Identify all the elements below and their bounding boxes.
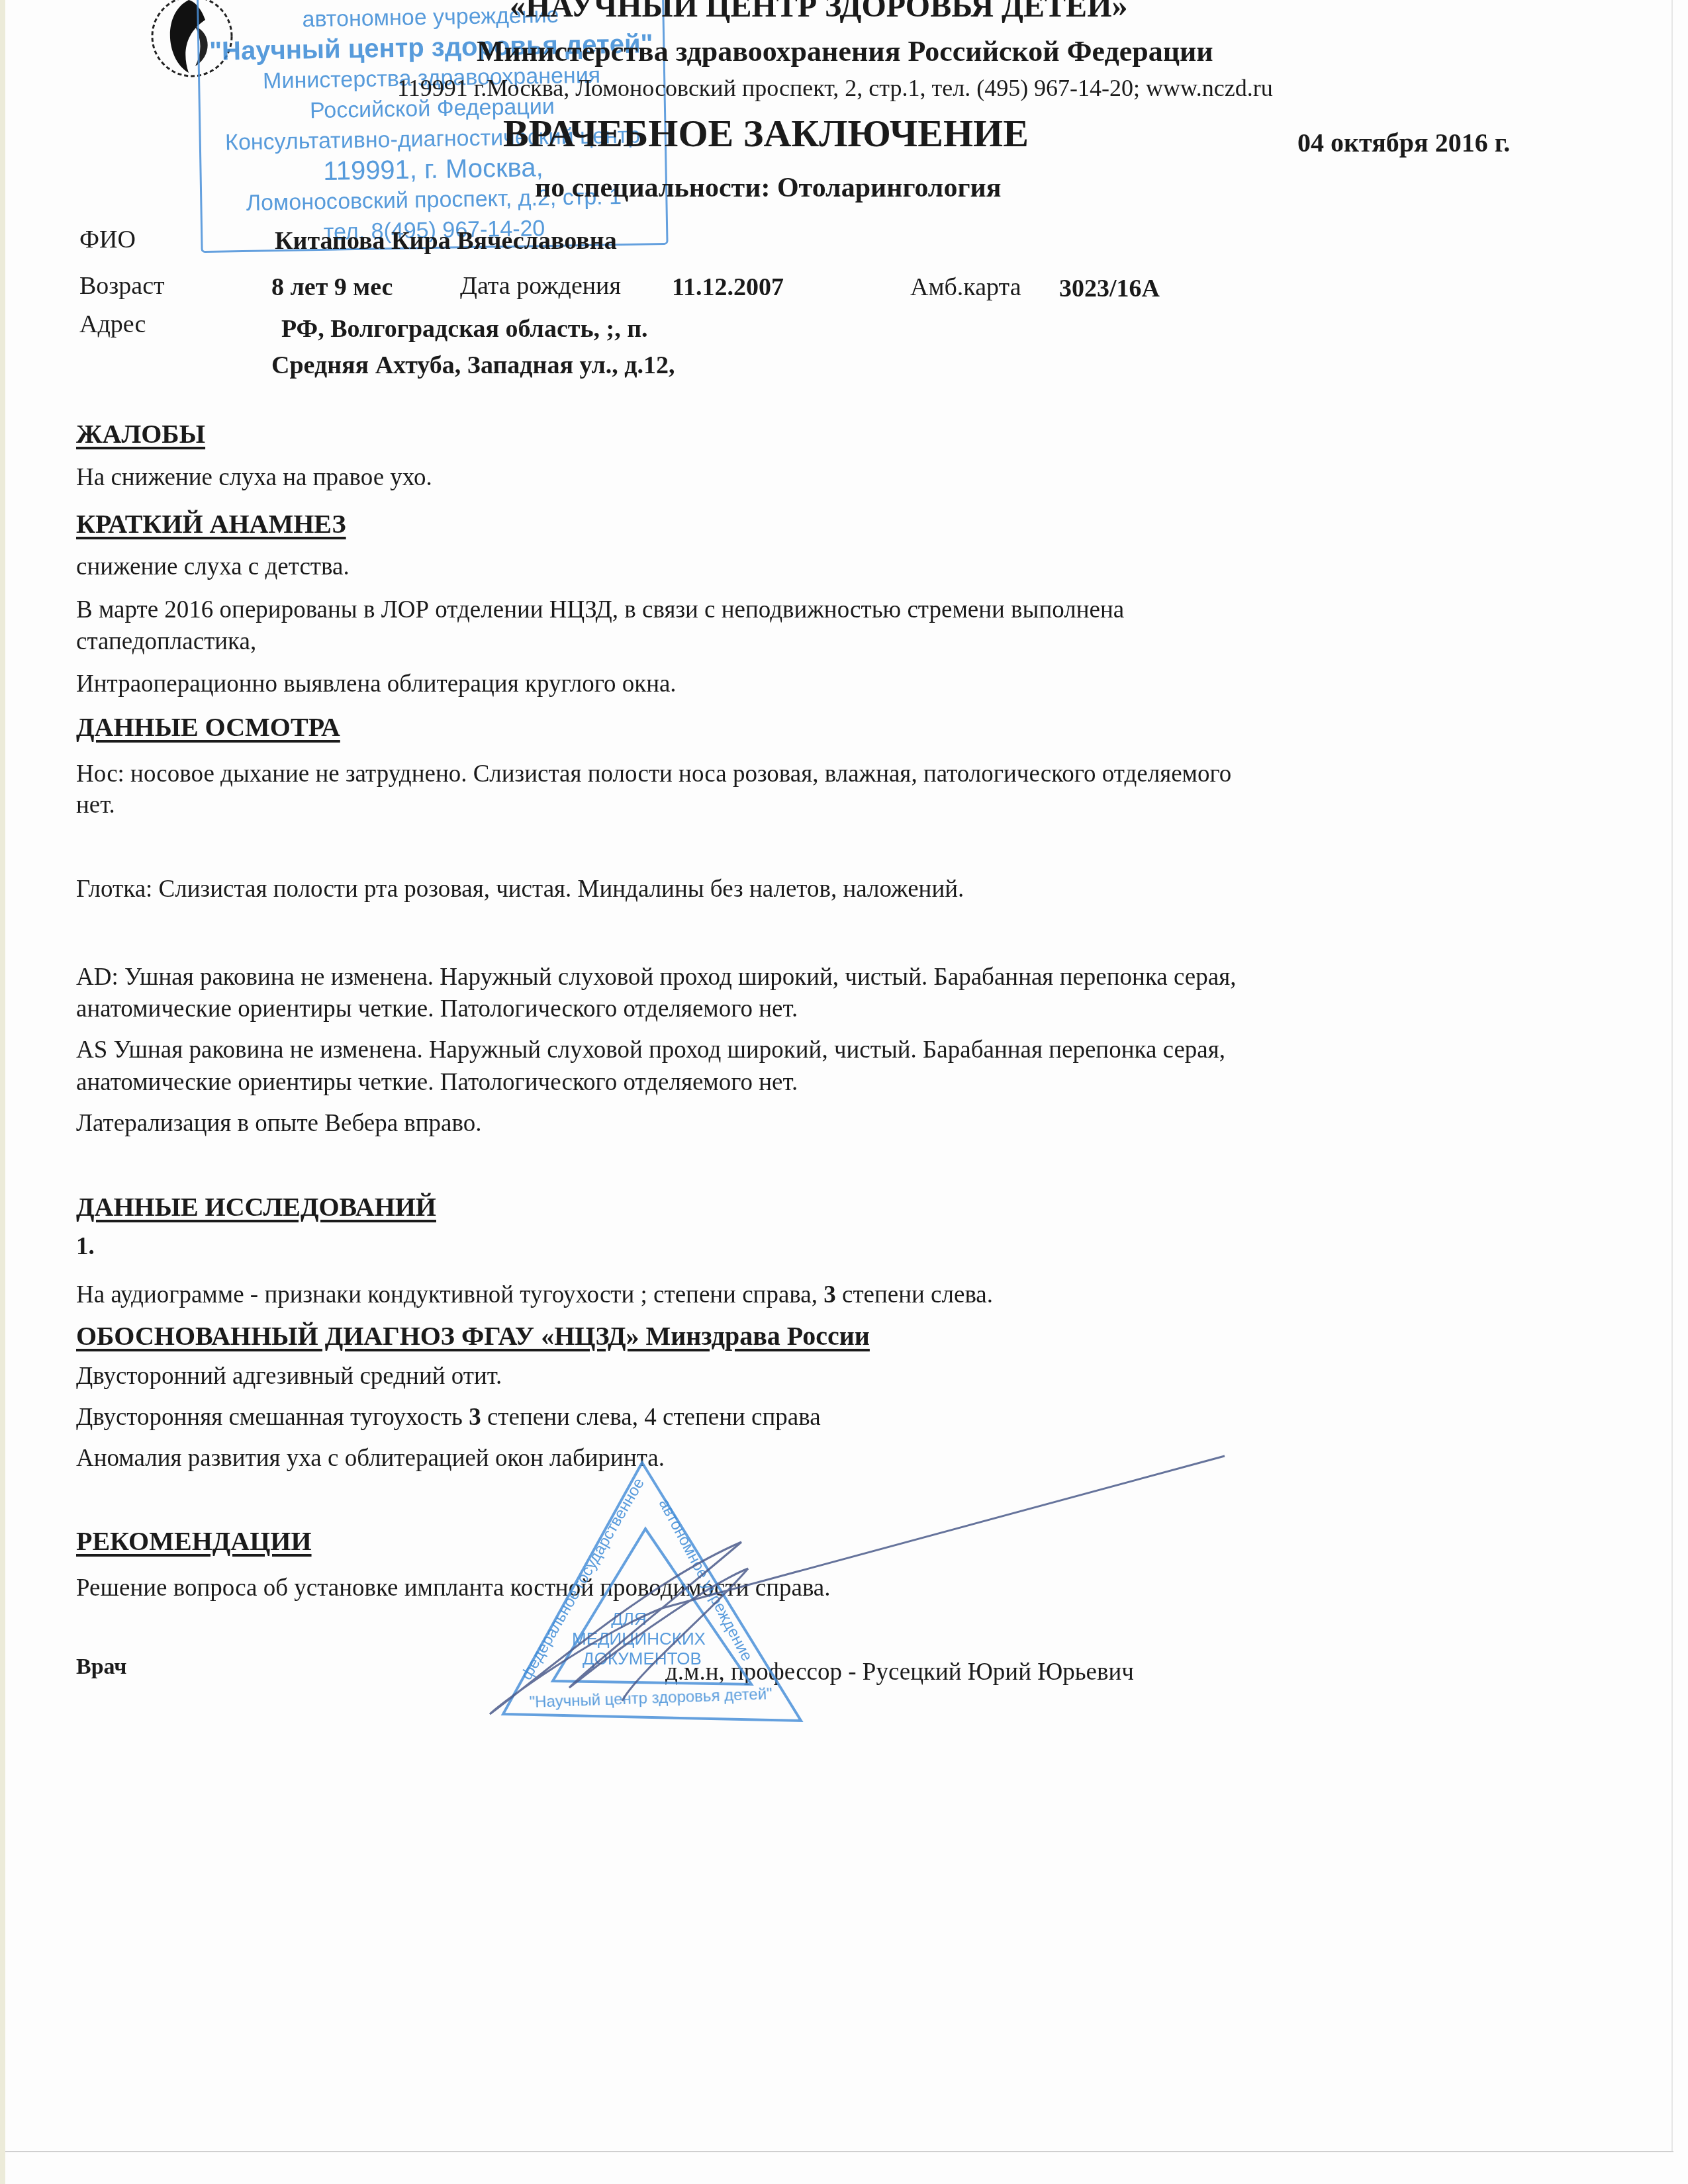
- section-heading-complaints: ЖАЛОБЫ: [76, 418, 205, 449]
- section-heading-diagnosis: ОБОСНОВАННЫЙ ДИАГНОЗ ФГАУ «НЦЗД» Минздра…: [76, 1320, 870, 1351]
- exam-line: анатомические ориентиры четкие. Патологи…: [76, 1068, 798, 1097]
- patient-age: 8 лет 9 мес: [271, 273, 393, 302]
- dob-label: Дата рождения: [460, 271, 621, 300]
- study-text: На аудиограмме - признаки кондуктивной т…: [76, 1281, 993, 1309]
- exam-line: Латерализация в опыте Вебера вправо.: [76, 1109, 482, 1138]
- patient-dob: 11.12.2007: [672, 273, 784, 302]
- study-number: 1.: [76, 1232, 95, 1261]
- exam-line: AS Ушная раковина не изменена. Наружный …: [76, 1036, 1225, 1064]
- study-degree: 3: [823, 1281, 836, 1308]
- card-label: Амб.карта: [910, 273, 1021, 302]
- exam-line: AD: Ушная раковина не изменена. Наружный…: [76, 963, 1236, 991]
- anamnesis-line: стапедопластика,: [76, 627, 256, 656]
- scan-edge-bottom: [5, 2151, 1673, 2152]
- address-label: Адрес: [79, 310, 146, 339]
- anamnesis-line: В марте 2016 оперированы в ЛОР отделении…: [76, 596, 1124, 624]
- exam-line: Нос: носовое дыхание не затруднено. Слиз…: [76, 760, 1231, 788]
- exam-line: Глотка: Слизистая полости рта розовая, ч…: [76, 875, 964, 903]
- age-label: Возраст: [79, 271, 165, 300]
- section-heading-recommendations: РЕКОМЕНДАЦИИ: [76, 1525, 312, 1557]
- org-address: 119991 г.Москва, Ломоносовский проспект,…: [397, 74, 1273, 102]
- section-heading-examination: ДАННЫЕ ОСМОТРА: [76, 711, 340, 743]
- section-heading-anamnesis: КРАТКИЙ АНАМНЕЗ: [76, 508, 346, 539]
- exam-line: анатомические ориентиры четкие. Патологи…: [76, 995, 798, 1023]
- exam-line: нет.: [76, 791, 115, 819]
- patient-name: Китапова Кира Вячеславовна: [275, 226, 617, 255]
- scan-edge-left: [0, 0, 5, 2184]
- patient-address-line1: РФ, Волгоградская область, ;, п.: [281, 314, 648, 343]
- section-heading-studies: ДАННЫЕ ИССЛЕДОВАНИЙ: [76, 1191, 436, 1222]
- diagnosis-line: Двусторонний адгезивный средний отит.: [76, 1362, 502, 1390]
- doctor-label: Врач: [76, 1655, 126, 1680]
- signature-icon: [463, 1410, 1456, 1727]
- document-date: 04 октября 2016 г.: [1297, 127, 1510, 158]
- study-text-part: На аудиограмме - признаки кондуктивной т…: [76, 1281, 823, 1308]
- diagnosis-text-part: Двусторонняя смешанная тугоухость: [76, 1404, 469, 1431]
- ministry-name: Министерства здравоохранения Российской …: [477, 34, 1213, 68]
- card-number: 3023/16А: [1059, 274, 1160, 303]
- scan-edge-right: [1671, 0, 1673, 2151]
- study-text-part: степени слева.: [836, 1281, 993, 1308]
- patient-address-line2: Средняя Ахтуба, Западная ул., д.12,: [271, 351, 675, 380]
- complaints-text: На снижение слуха на правое ухо.: [76, 463, 432, 492]
- document-title: ВРАЧЕБНОЕ ЗАКЛЮЧЕНИЕ: [503, 111, 1029, 156]
- name-label: ФИО: [79, 225, 136, 254]
- anamnesis-line: снижение слуха с детства.: [76, 553, 350, 581]
- anamnesis-line: Интраоперационно выявлена облитерация кр…: [76, 670, 677, 698]
- specialty: по специальности: Отоларингология: [535, 172, 1001, 204]
- org-name: «НАУЧНЫЙ ЦЕНТР ЗДОРОВЬЯ ДЕТЕЙ»: [510, 0, 1127, 24]
